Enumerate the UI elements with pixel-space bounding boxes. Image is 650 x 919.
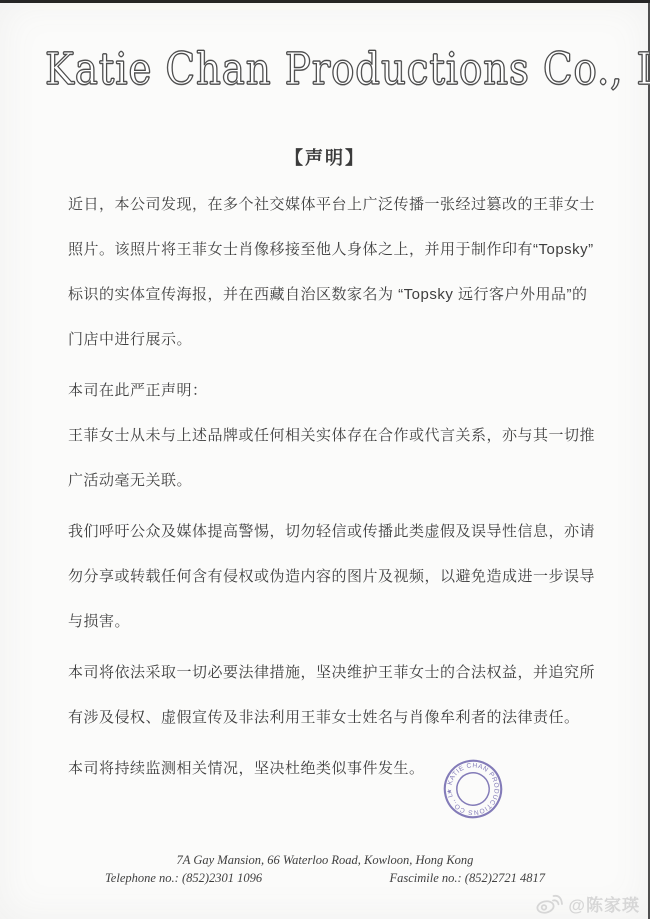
paragraph-monitoring: 本司将持续监测相关情况，坚决杜绝类似事件发生。 bbox=[68, 746, 588, 791]
statement-body: 近日，本公司发现，在多个社交媒体平台上广泛传播一张经过篡改的王菲女士 照片。该照… bbox=[68, 182, 588, 797]
paragraph-incident: 近日，本公司发现，在多个社交媒体平台上广泛传播一张经过篡改的王菲女士 照片。该照… bbox=[68, 182, 588, 362]
text-line: 本司将持续监测相关情况，坚决杜绝类似事件发生。 bbox=[68, 746, 588, 791]
text-line: 我们呼吁公众及媒体提高警惕，切勿轻信或传播此类虚假及误导性信息，亦请 bbox=[68, 509, 588, 554]
weibo-logo-icon bbox=[535, 893, 563, 915]
scanned-statement-page: { "letterhead": { "company_name": "Katie… bbox=[0, 0, 650, 919]
letter-footer: 7A Gay Mansion, 66 Waterloo Road, Kowloo… bbox=[0, 853, 650, 886]
text-line: 王菲女士从未与上述品牌或任何相关实体存在合作或代言关系，亦与其一切推 bbox=[68, 413, 588, 458]
paragraph-appeal: 我们呼吁公众及媒体提高警惕，切勿轻信或传播此类虚假及误导性信息，亦请 勿分享或转… bbox=[68, 509, 588, 644]
text-line: 近日，本公司发现，在多个社交媒体平台上广泛传播一张经过篡改的王菲女士 bbox=[68, 182, 588, 227]
text-line: 勿分享或转载任何含有侵权或伪造内容的图片及视频，以避免造成进一步误导 bbox=[68, 554, 588, 599]
company-name: Katie Chan Productions Co., Ltd bbox=[45, 44, 650, 95]
text-line: 门店中进行展示。 bbox=[68, 317, 588, 362]
letterhead: Katie Chan Productions Co., Ltd bbox=[0, 44, 650, 95]
text-line: 与损害。 bbox=[68, 599, 588, 644]
paragraph-declaration: 本司在此严正声明： 王菲女士从未与上述品牌或任何相关实体存在合作或代言关系，亦与… bbox=[68, 368, 588, 503]
text-line: 标识的实体宣传海报，并在西藏自治区数家名为 “Topsky 远行客户外用品”的 bbox=[68, 272, 588, 317]
scan-edge-top bbox=[0, 0, 650, 3]
text-line: 广活动毫无关联。 bbox=[68, 458, 588, 503]
watermark-handle: @陈家瑛 bbox=[568, 891, 640, 916]
facsimile-number: Fascimile no.: (852)2721 4817 bbox=[389, 871, 545, 886]
text-line: 本司在此严正声明： bbox=[68, 368, 588, 413]
text-line: 本司将依法采取一切必要法律措施，坚决维护王菲女士的合法权益，并追究所 bbox=[68, 650, 588, 695]
text-line: 照片。该照片将王菲女士肖像移接至他人身体之上，并用于制作印有“Topsky” bbox=[68, 227, 588, 272]
company-address: 7A Gay Mansion, 66 Waterloo Road, Kowloo… bbox=[0, 853, 650, 868]
telephone-number: Telephone no.: (852)2301 1096 bbox=[105, 871, 262, 886]
statement-title: 【声明】 bbox=[0, 144, 650, 170]
paragraph-legal-action: 本司将依法采取一切必要法律措施，坚决维护王菲女士的合法权益，并追究所 有涉及侵权… bbox=[68, 650, 588, 740]
contact-numbers: Telephone no.: (852)2301 1096 Fascimile … bbox=[105, 871, 545, 886]
text-line: 有涉及侵权、虚假宣传及非法利用王菲女士姓名与肖像牟利者的法律责任。 bbox=[68, 695, 588, 740]
weibo-watermark: @陈家瑛 bbox=[535, 891, 640, 916]
